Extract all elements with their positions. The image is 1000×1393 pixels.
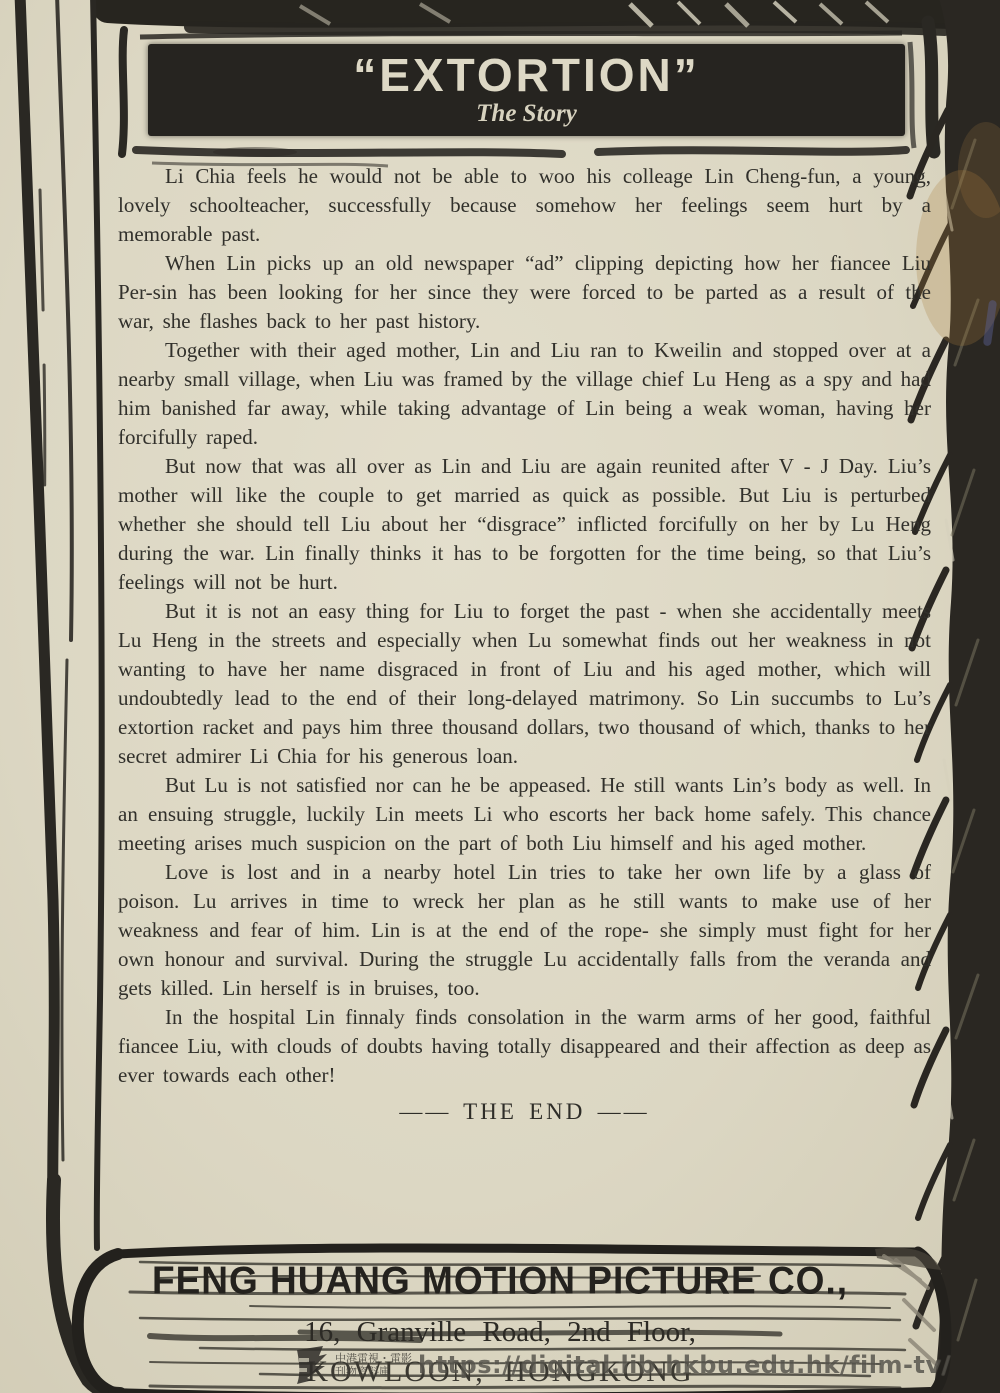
story-paragraph: But Lu is not satisfied nor can he be ap…	[118, 771, 931, 858]
story-paragraph: Love is lost and in a nearby hotel Lin t…	[118, 858, 931, 1003]
title-subtitle: The Story	[476, 99, 577, 129]
story-paragraph: But now that was all over as Lin and Liu…	[118, 452, 931, 597]
story-paragraph: Together with their aged mother, Lin and…	[118, 336, 931, 452]
title-banner: “EXTORTION” The Story	[148, 44, 905, 136]
story-paragraph: But it is not an easy thing for Liu to f…	[118, 597, 931, 771]
left-border-lines	[20, 0, 120, 1393]
hkbu-film-archive-logo-icon	[293, 1344, 329, 1386]
story-paragraph: When Lin picks up an old newspaper “ad” …	[118, 249, 931, 336]
story-paragraph: In the hospital Lin finnaly finds consol…	[118, 1003, 931, 1090]
archive-watermark: 中港電視・電影 刊物資料庫 https://digital.lib.hkbu.e…	[293, 1344, 951, 1386]
story-paragraph: Li Chia feels he would not be able to wo…	[118, 162, 931, 249]
film-title: “EXTORTION”	[353, 51, 700, 99]
archive-url-watermark: https://digital.lib.hkbu.edu.hk/film-tv/	[418, 1351, 951, 1379]
company-name: FENG HUANG MOTION PICTURE CO.,	[0, 1259, 1000, 1303]
top-border-hatch	[108, 2, 950, 30]
story-body: Li Chia feels he would not be able to wo…	[118, 162, 931, 1126]
archive-logo-text: 中港電視・電影 刊物資料庫	[335, 1352, 412, 1378]
scanned-page: “EXTORTION” The Story Li Chia feels he w…	[0, 0, 1000, 1393]
the-end-marker: —— THE END ——	[118, 1097, 931, 1126]
